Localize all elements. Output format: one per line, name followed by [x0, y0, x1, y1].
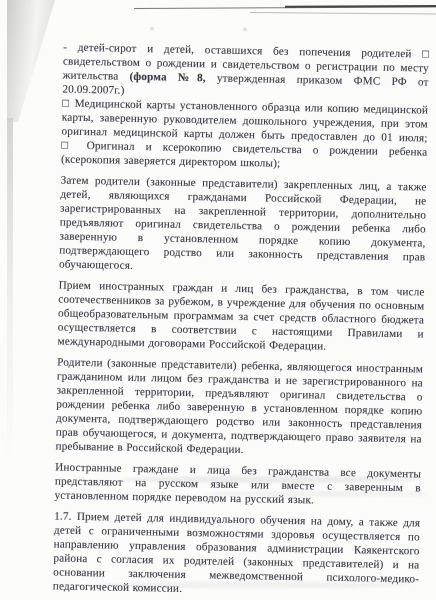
scanned-document-page: - детей-сирот и детей, оставшихся без по… [0, 0, 436, 600]
paragraph-foreign-parents-documents: Родители (законные представители) ребенк… [55, 355, 423, 460]
scan-speck [243, 28, 247, 31]
scan-speck [150, 27, 154, 30]
paragraph-1-7-home-education: 1.7. Прием детей для индивидуального обу… [53, 509, 421, 600]
list-item-birth-certificate: □ Оригинал и ксерокопию свидетельства о … [61, 139, 427, 174]
paragraph-foreign-citizens-admission: Прием иностранных граждан и лиц без граж… [57, 278, 424, 355]
paragraph-russian-language-requirement: Иностранные граждане и лица без гражданс… [54, 460, 421, 509]
page-corner-fold [0, 0, 60, 122]
document-text-block: - детей-сирот и детей, оставшихся без по… [53, 41, 430, 600]
paragraph-registered-persons: Затем родители (законные представители) … [59, 174, 427, 279]
left-edge-fold-shadow [7, 118, 13, 463]
form8-bold-text: (форма №8, [129, 71, 205, 84]
list-item-medical-card: □ Медицинской карты установленного образ… [61, 97, 428, 146]
list-item-orphans-documents: - детей-сирот и детей, оставшихся без по… [62, 41, 429, 104]
